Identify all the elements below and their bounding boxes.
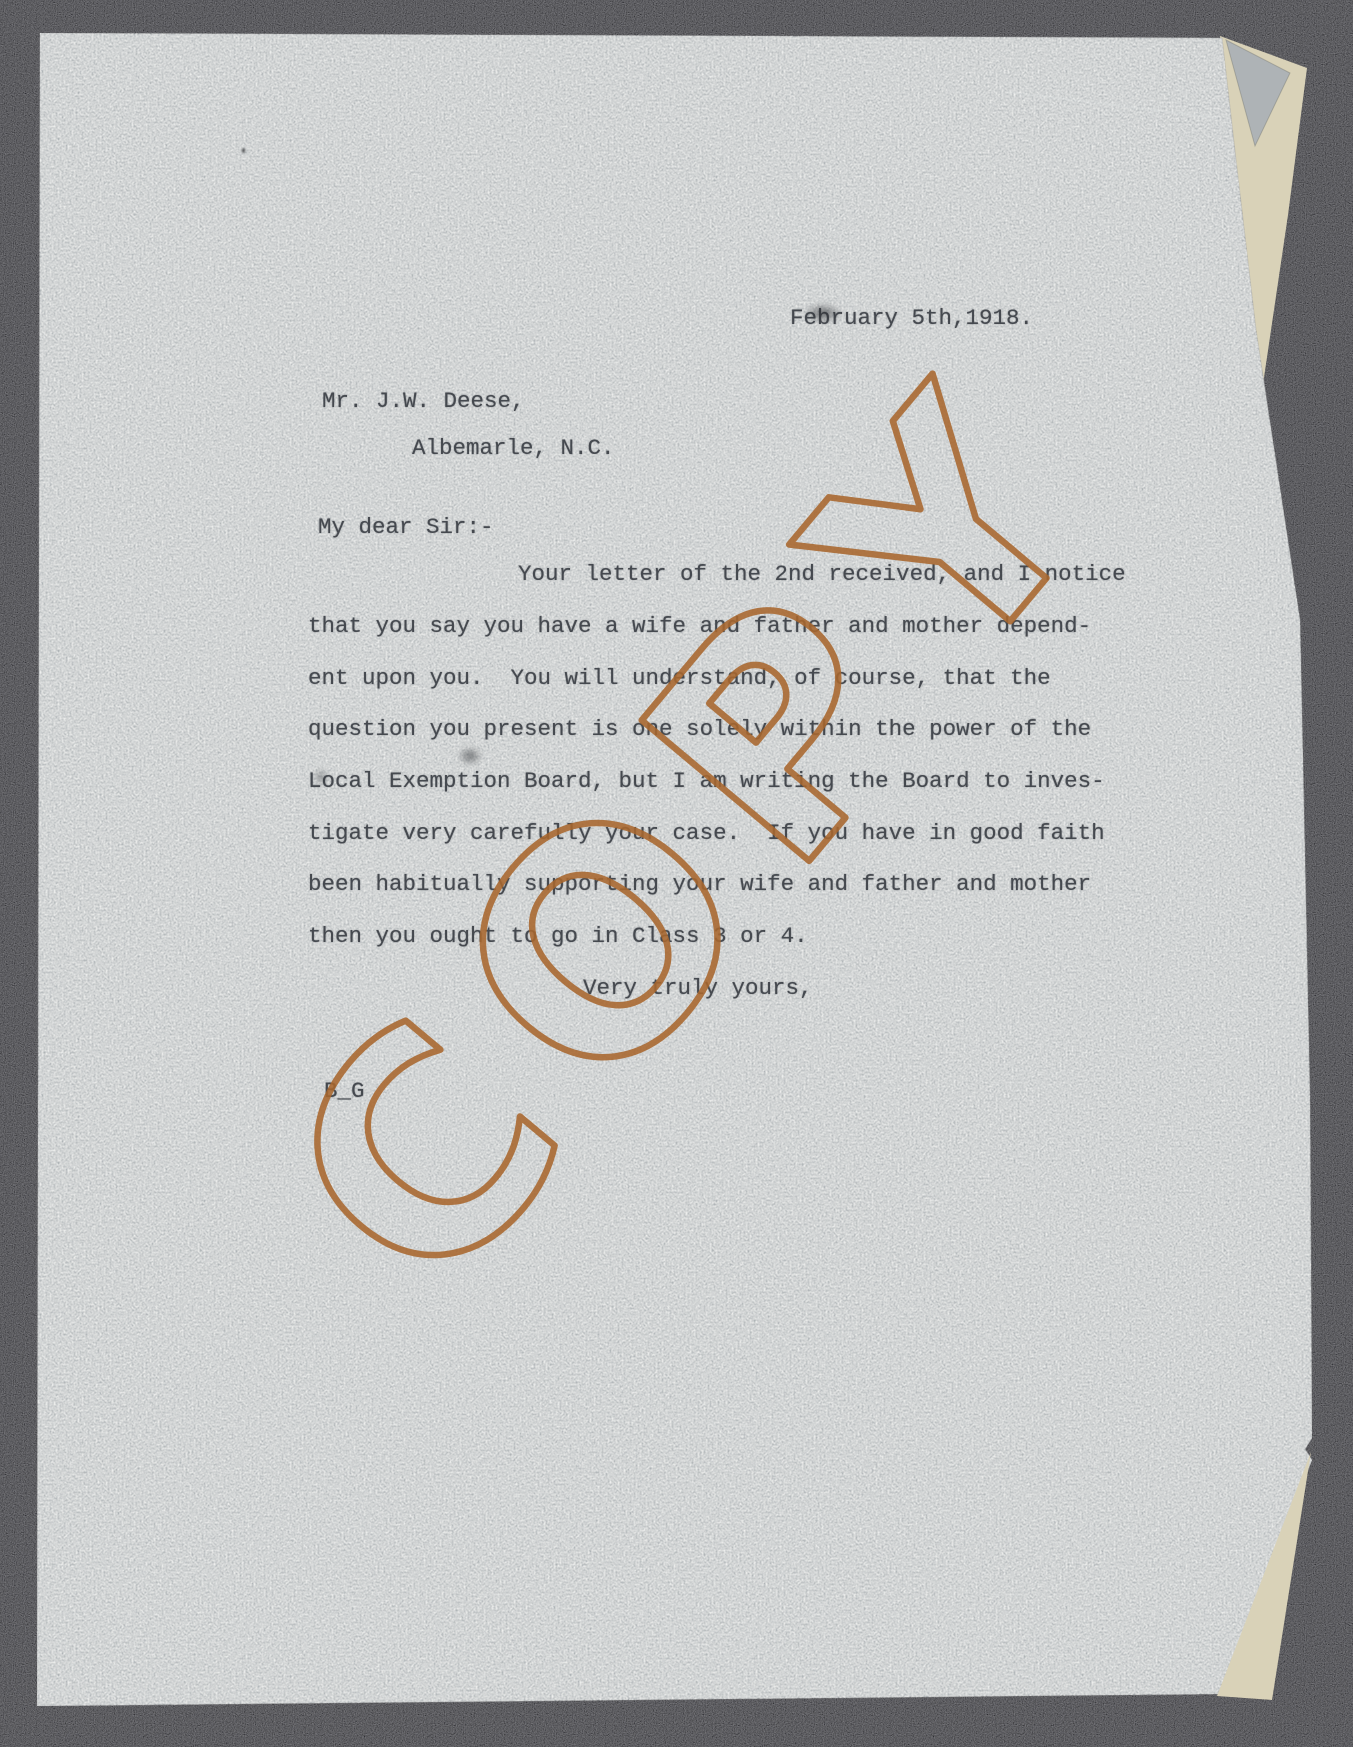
salutation: My dear Sir:- [318,514,494,541]
body-line: then you ought to go in Class 3 or 4. [308,923,808,950]
typewritten-text-layer: February 5th,1918. Mr. J.W. Deese, Albem… [0,0,1353,1747]
date-line: February 5th,1918. [790,305,1033,332]
scanned-letter-page: February 5th,1918. Mr. J.W. Deese, Albem… [0,0,1353,1747]
body-line: Your letter of the 2nd received, and I n… [518,561,1126,588]
recipient-address: Albemarle, N.C. [412,435,615,462]
body-line: that you say you have a wife and father … [308,613,1091,640]
body-line: tigate very carefully your case. If you … [308,820,1105,847]
body-line: Local Exemption Board, but I am writing … [308,768,1105,795]
typist-initials: B_G [324,1078,365,1105]
closing-line: Very truly yours, [583,975,813,1002]
body-line: ent upon you. You will understand, of co… [308,665,1051,692]
ink-speck [240,146,247,155]
ink-smudge [452,742,488,770]
body-line: been habitually supporting your wife and… [308,871,1091,898]
recipient-name: Mr. J.W. Deese, [322,388,525,415]
body-line: question you present is one solely withi… [308,716,1091,743]
